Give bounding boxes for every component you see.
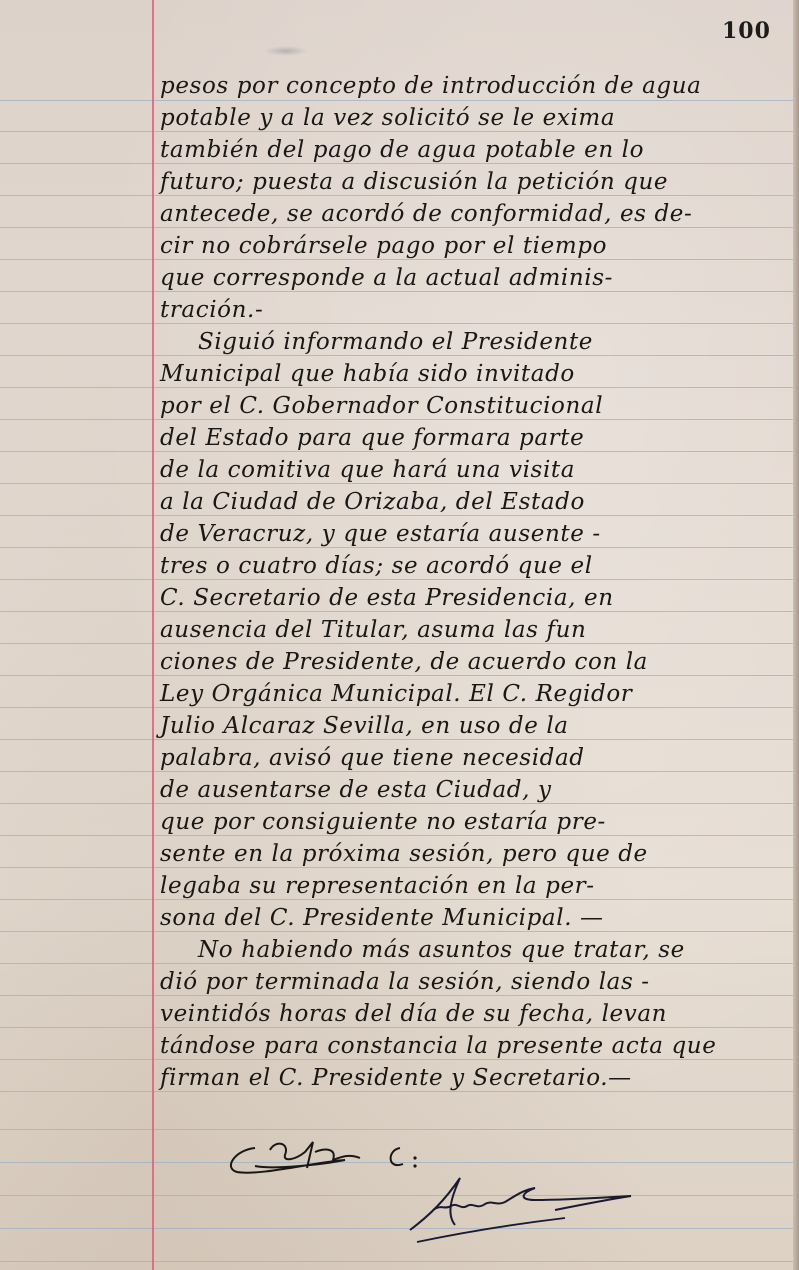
text-line: C. Secretario de esta Presidencia, en — [160, 584, 790, 612]
text-line: veintidós horas del día de su fecha, lev… — [160, 1000, 790, 1028]
ruled-line — [0, 100, 793, 101]
text-line: cir no cobrársele pago por el tiempo — [160, 232, 790, 260]
text-line: que por consiguiente no estaría pre- — [160, 808, 790, 836]
signature-secretario — [405, 1170, 645, 1250]
text-line: antecede, se acordó de conformidad, es d… — [160, 200, 790, 228]
text-line: Julio Alcaraz Sevilla, en uso de la — [160, 712, 790, 740]
text-line: futuro; puesta a discusión la petición q… — [160, 168, 790, 196]
text-line: del Estado para que formara parte — [160, 424, 790, 452]
ruled-line — [0, 1228, 793, 1229]
text-line: también del pago de agua potable en lo — [160, 136, 790, 164]
page-edge — [793, 0, 799, 1270]
text-line: palabra, avisó que tiene necesidad — [160, 744, 790, 772]
text-line: Ley Orgánica Municipal. El C. Regidor — [160, 680, 790, 708]
text-line: potable y a la vez solicitó se le exima — [160, 104, 790, 132]
text-line: sente en la próxima sesión, pero que de — [160, 840, 790, 868]
ruled-line — [0, 1195, 793, 1196]
text-line: a la Ciudad de Orizaba, del Estado — [160, 488, 790, 516]
text-line: de la comitiva que hará una visita — [160, 456, 790, 484]
text-line: tres o cuatro días; se acordó que el — [160, 552, 790, 580]
text-line: que corresponde a la actual adminis- — [160, 264, 790, 292]
page-number: 100 — [722, 18, 771, 44]
ruled-line — [0, 1261, 793, 1262]
text-line: Municipal que había sido invitado — [160, 360, 790, 388]
text-line: de Veracruz, y que estaría ausente - — [160, 520, 790, 548]
text-line: firman el C. Presidente y Secretario.— — [160, 1064, 790, 1092]
faint-stamp-mark — [264, 46, 308, 56]
text-line: sona del C. Presidente Municipal. — — [160, 904, 790, 932]
ledger-page: 100 pesos por concepto de introducción d… — [0, 0, 799, 1270]
text-line: de ausentarse de esta Ciudad, y — [160, 776, 790, 804]
text-line: por el C. Gobernador Constitucional — [160, 392, 790, 420]
text-line: ausencia del Titular, asuma las fun — [160, 616, 790, 644]
text-line: No habiendo más asuntos que tratar, se — [198, 936, 799, 964]
text-line: Siguió informando el Presidente — [198, 328, 799, 356]
text-line: legaba su representación en la per- — [160, 872, 790, 900]
text-line: tándose para constancia la presente acta… — [160, 1032, 790, 1060]
text-line: dió por terminada la sesión, siendo las … — [160, 968, 790, 996]
text-line: pesos por concepto de introducción de ag… — [160, 72, 790, 100]
red-margin-line — [152, 0, 154, 1270]
text-line: ciones de Presidente, de acuerdo con la — [160, 648, 790, 676]
text-line: tración.- — [160, 296, 790, 324]
